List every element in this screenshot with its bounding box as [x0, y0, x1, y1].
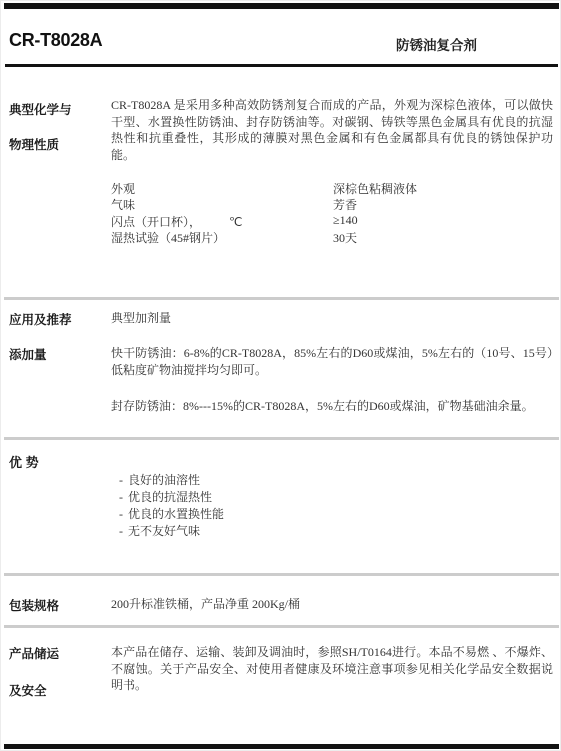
packaging-text: 200升标准铁桶，产品净重 200Kg/桶 [111, 596, 553, 613]
property-value: 30天 [333, 229, 553, 245]
table-row: 外观 深棕色粘稠液体 [111, 180, 553, 196]
list-item: -无不友好气味 [119, 522, 224, 539]
properties-table: 外观 深棕色粘稠液体 气味 芳香 闪点（开口杯），℃ ≥140 湿热试验（45#… [111, 180, 553, 245]
advantages-list: -良好的油溶性 -优良的抗湿热性 -优良的水置换性能 -无不友好气味 [119, 471, 224, 539]
section-label-application-line2: 添加量 [9, 345, 47, 363]
section-divider [4, 437, 559, 440]
section-label-advantages: 优 势 [9, 452, 39, 471]
table-row: 气味 芳香 [111, 196, 553, 212]
dosage-paragraph-quick-dry: 快干防锈油：6-8%的CR-T8028A，85%左右的D60或煤油，5%左右的（… [111, 345, 553, 378]
property-unit: ℃ [229, 215, 242, 230]
section-label-typical-properties-line1: 典型化学与 [9, 100, 72, 118]
bullet-dash: - [119, 507, 123, 521]
bullet-dash: - [119, 490, 123, 504]
advantage-text: 优良的水置换性能 [128, 507, 224, 521]
product-description: CR-T8028A 是采用多种高效防锈剂复合而成的产品，外观为深棕色液体，可以做… [111, 97, 553, 163]
bullet-dash: - [119, 524, 123, 538]
dosage-paragraph-sealing: 封存防锈油：8%---15%的CR-T8028A，5%左右的D60或煤油，矿物基… [111, 398, 553, 415]
product-name-subtitle: 防锈油复合剂 [396, 34, 477, 54]
property-name: 闪点（开口杯）， [111, 213, 229, 230]
section-divider [4, 573, 559, 576]
list-item: -优良的水置换性能 [119, 505, 224, 522]
property-name: 外观 [111, 180, 229, 197]
table-row: 湿热试验（45#钢片） 30天 [111, 229, 553, 245]
bottom-rule-bar [4, 744, 559, 749]
advantage-text: 优良的抗湿热性 [128, 490, 212, 504]
property-value: 芳香 [333, 196, 553, 212]
list-item: -良好的油溶性 [119, 471, 224, 488]
section-label-application-line1: 应用及推荐 [9, 310, 72, 328]
advantage-text: 良好的油溶性 [128, 473, 200, 487]
section-label-storage-line1: 产品储运 [9, 644, 59, 662]
section-label-storage-line2: 及安全 [9, 681, 47, 699]
section-label-typical-properties-line2: 物理性质 [9, 135, 59, 153]
property-name: 湿热试验（45#钢片） [111, 229, 229, 246]
table-row: 闪点（开口杯），℃ ≥140 [111, 213, 553, 229]
property-value: 深棕色粘稠液体 [333, 180, 553, 196]
property-name: 气味 [111, 196, 229, 213]
bullet-dash: - [119, 473, 123, 487]
property-value: ≥140 [333, 213, 553, 229]
header-divider [5, 64, 558, 67]
top-rule-bar [4, 3, 559, 9]
advantage-text: 无不友好气味 [128, 524, 200, 538]
product-code-title: CR-T8028A [9, 30, 102, 51]
section-divider [4, 297, 559, 300]
storage-safety-text: 本产品在储存、运输、装卸及调油时，参照SH/T0164进行。本品不易燃 、不爆炸… [111, 644, 553, 694]
dosage-title: 典型加剂量 [111, 310, 553, 327]
section-label-packaging: 包装规格 [9, 596, 59, 614]
datasheet-page: CR-T8028A 防锈油复合剂 典型化学与 物理性质 CR-T8028A 是采… [0, 0, 561, 751]
section-divider [4, 625, 559, 628]
list-item: -优良的抗湿热性 [119, 488, 224, 505]
